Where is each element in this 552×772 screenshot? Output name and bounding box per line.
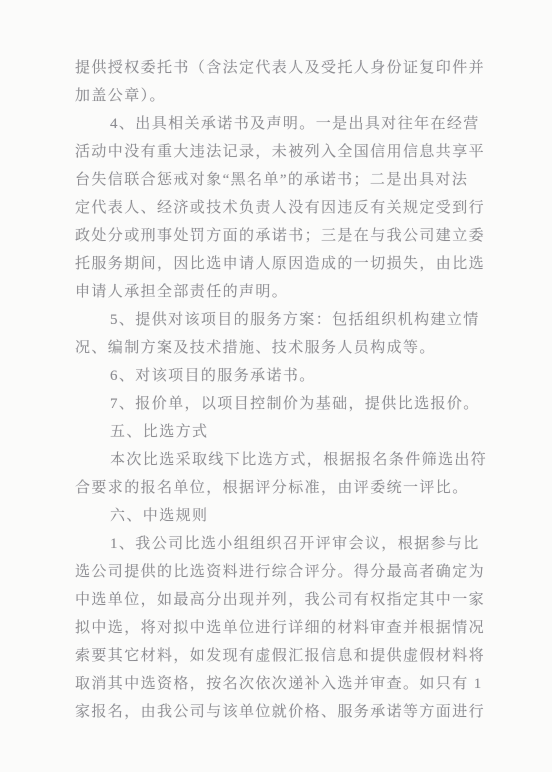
text-line: 定代表人、经济或技术负责人没有因违反有关规定受到行	[75, 194, 485, 222]
document-body: 提供授权委托书（含法定代表人及受托人身份证复印件并加盖公章）。4、出具相关承诺书…	[75, 54, 485, 726]
text-line: 台失信联合惩戒对象“黑名单”的承诺书；二是出具对法	[75, 166, 485, 194]
text-line: 六、中选规则	[75, 502, 485, 530]
text-line: 选公司提供的比选资料进行综合评分。得分最高者确定为	[75, 558, 485, 586]
text-line: 托服务期间，因比选申请人原因造成的一切损失，由比选	[75, 250, 485, 278]
text-line: 加盖公章）。	[75, 82, 485, 110]
text-line: 五、比选方式	[75, 418, 485, 446]
text-line: 4、出具相关承诺书及声明。一是出具对往年在经营	[75, 110, 485, 138]
text-line: 拟中选，将对拟中选单位进行详细的材料审查并根据情况	[75, 614, 485, 642]
text-line: 政处分或刑事处罚方面的承诺书；三是在与我公司建立委	[75, 222, 485, 250]
text-line: 况、编制方案及技术措施、技术服务人员构成等。	[75, 334, 485, 362]
document-page: 提供授权委托书（含法定代表人及受托人身份证复印件并加盖公章）。4、出具相关承诺书…	[0, 0, 552, 772]
text-line: 申请人承担全部责任的声明。	[75, 278, 485, 306]
text-line: 本次比选采取线下比选方式，根据报名条件筛选出符	[75, 446, 485, 474]
text-line: 家报名，由我公司与该单位就价格、服务承诺等方面进行	[75, 698, 485, 726]
text-line: 活动中没有重大违法记录，未被列入全国信用信息共享平	[75, 138, 485, 166]
text-line: 1、我公司比选小组组织召开评审会议，根据参与比	[75, 530, 485, 558]
text-line: 合要求的报名单位，根据评分标准，由评委统一评比。	[75, 474, 485, 502]
text-line: 提供授权委托书（含法定代表人及受托人身份证复印件并	[75, 54, 485, 82]
text-line: 索要其它材料，如发现有虚假汇报信息和提供虚假材料将	[75, 642, 485, 670]
text-line: 中选单位，如最高分出现并列，我公司有权指定其中一家	[75, 586, 485, 614]
text-line: 6、对该项目的服务承诺书。	[75, 362, 485, 390]
text-line: 5、提供对该项目的服务方案：包括组织机构建立情	[75, 306, 485, 334]
text-line: 7、报价单，以项目控制价为基础，提供比选报价。	[75, 390, 485, 418]
text-line: 取消其中选资格，按名次依次递补入选并审查。如只有 1	[75, 670, 485, 698]
